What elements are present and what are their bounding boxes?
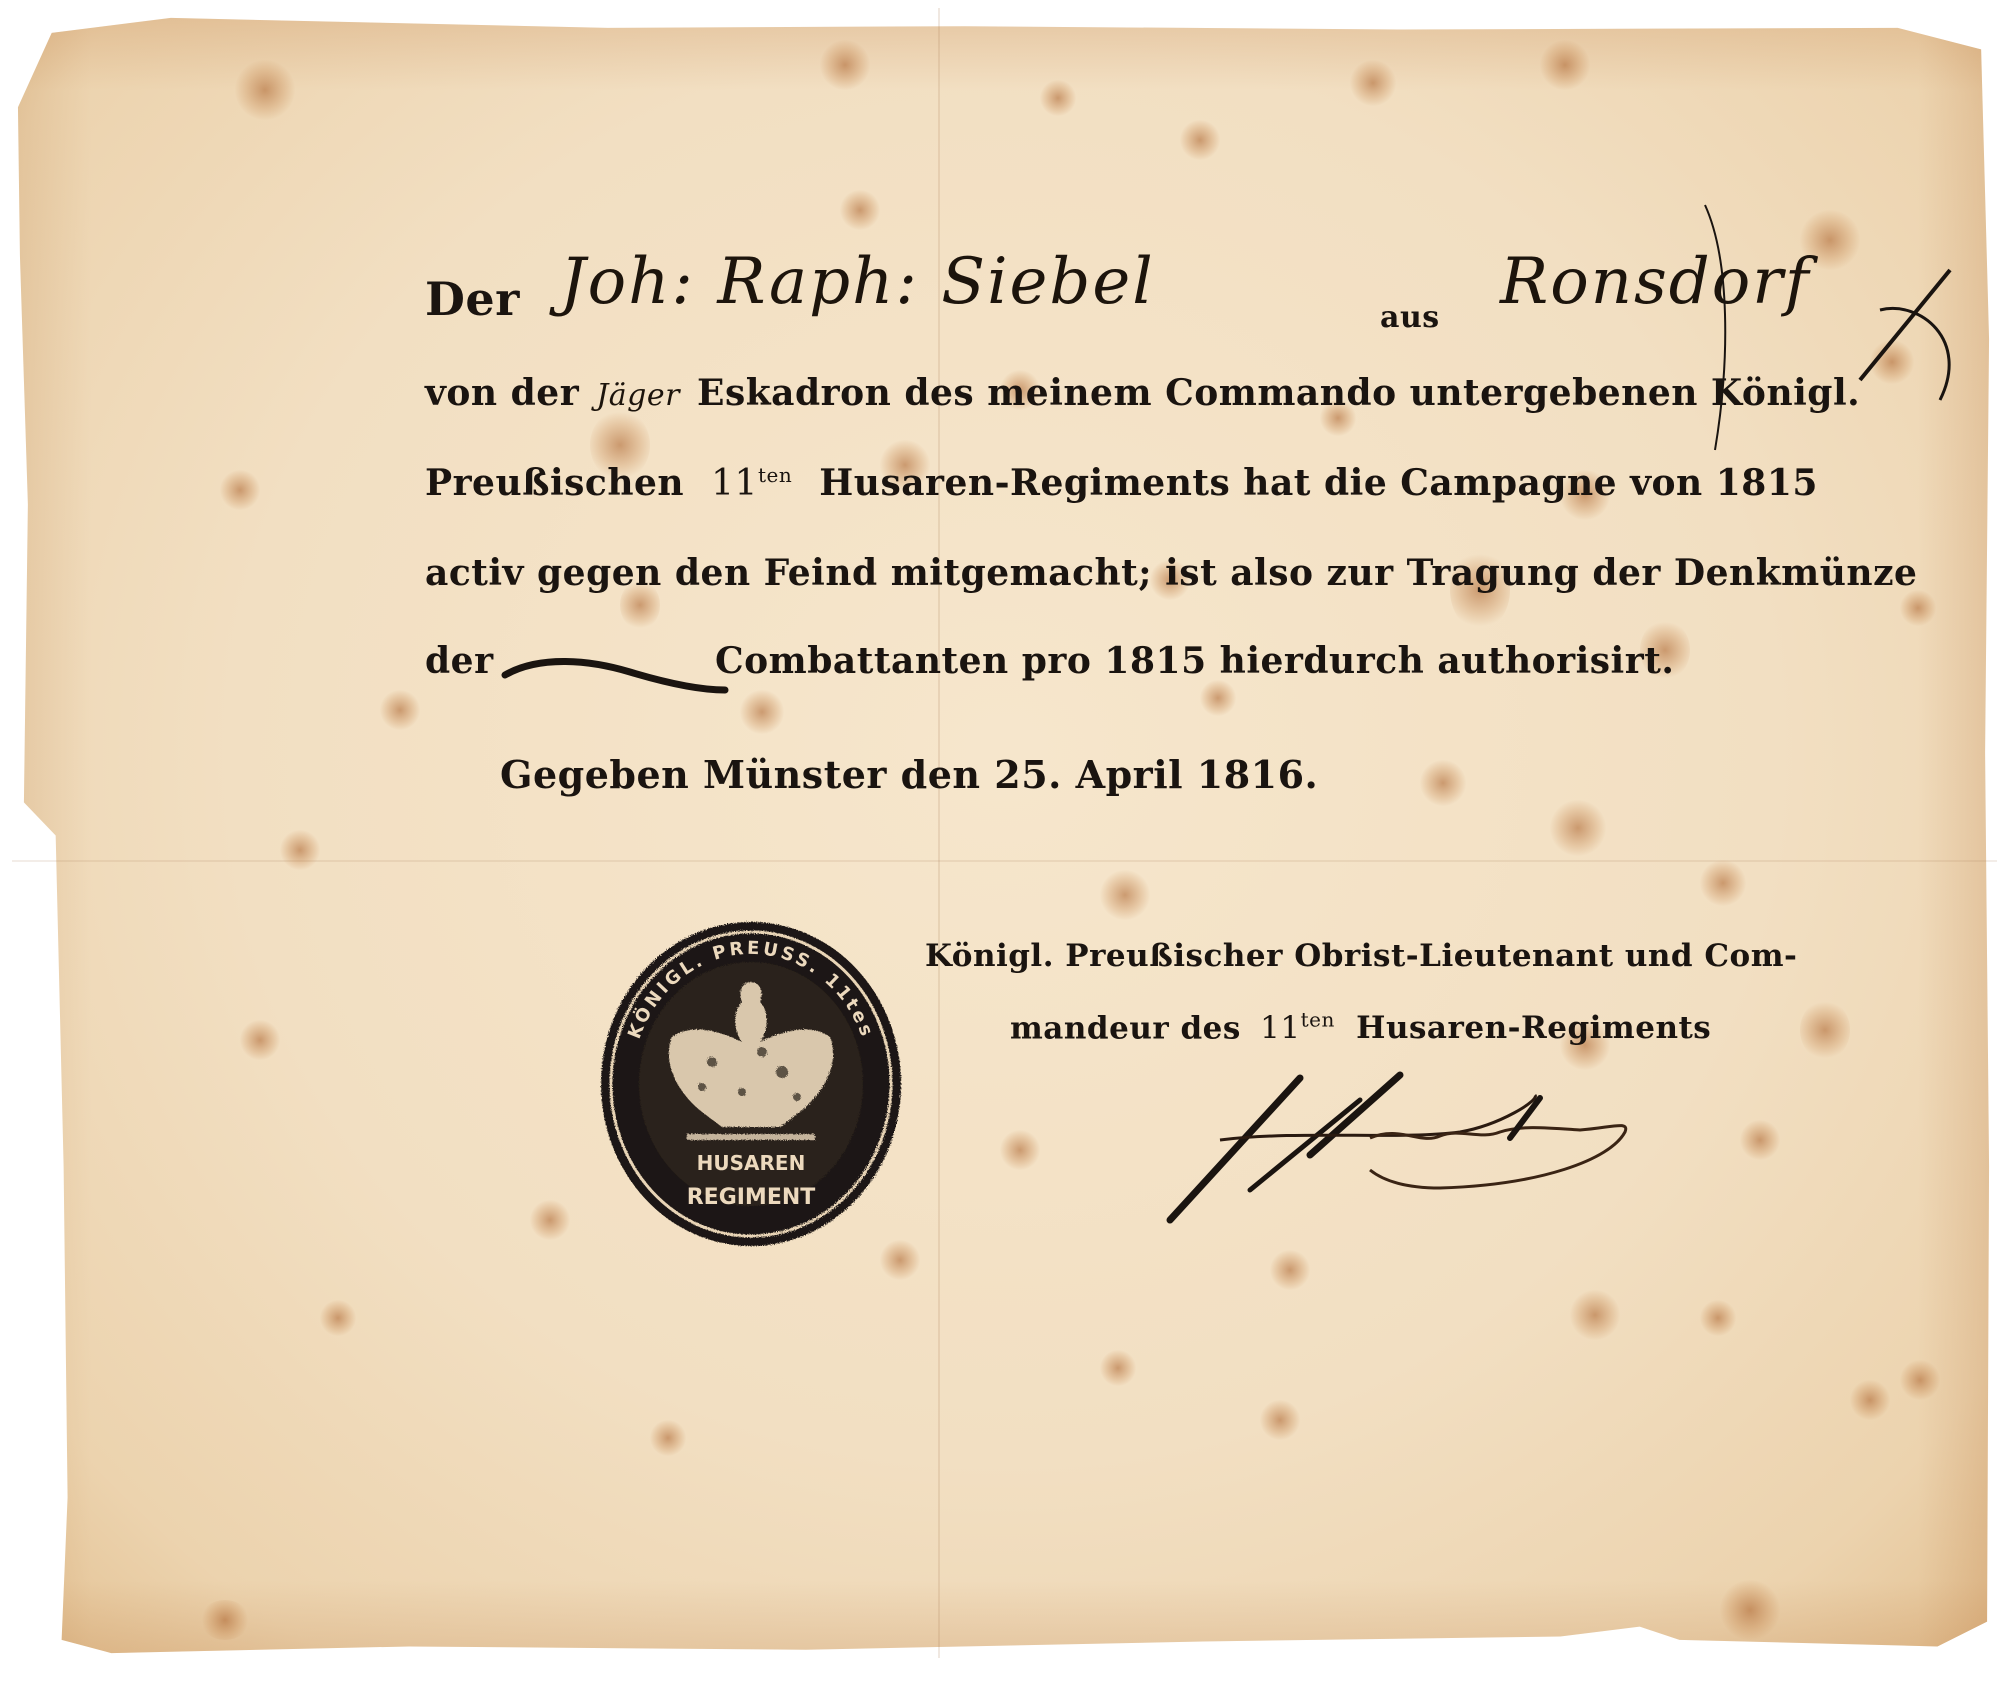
body-line-4: activ gegen den Feind mitgemacht; ist al… (425, 552, 1917, 594)
regiment-number-value: 11 (711, 463, 758, 504)
handwritten-squadron: Jäger (596, 378, 680, 413)
handwritten-place: Ronsdorf (1500, 245, 1811, 319)
seal-legend-regiment: REGIMENT (687, 1185, 816, 1210)
signature-title-line-2-b: Husaren-Regiments (1356, 1010, 1711, 1046)
body-line-3-text-a: Preußischen (425, 462, 684, 504)
regiment-number-suffix: ten (758, 463, 792, 487)
body-line-1-prefix: Der (425, 272, 520, 326)
handwritten-signature: v. Stomberg (1140, 1070, 1660, 1230)
signature-title-line-2-a: mandeur des (1010, 1010, 1241, 1046)
body-line-1-aus: aus (1380, 300, 1440, 335)
signature-title-line-1: Königl. Preußischer Obrist-Lieutenant un… (925, 938, 1797, 974)
signature-title-line-2: mandeur des 11ten Husaren-Regiments (1010, 1008, 1711, 1046)
name-ascender-flourish (1700, 200, 1740, 460)
body-line-3: Preußischen 11ten Husaren-Regiments hat … (425, 462, 1818, 504)
place-swash-flourish (1840, 240, 1980, 410)
body-line-3-text-b: Husaren-Regiments hat die Campagne von 1… (819, 462, 1818, 504)
regimental-seal: HUSAREN REGIMENT KÖNIGL. PREUSS. 11tes (592, 912, 910, 1252)
body-line-5-text: Combattanten pro 1815 hierdurch authoris… (715, 640, 1674, 682)
signature-regiment-number-value: 11 (1260, 1010, 1300, 1046)
body-line-2-prefix: von der (425, 372, 579, 414)
seal-legend-husaren: HUSAREN (697, 1151, 806, 1175)
body-line-2: von der Jäger Eskadron des meinem Comman… (425, 372, 1860, 414)
blank-fill-stroke (500, 650, 730, 700)
signature-regiment-number: 11ten (1260, 1010, 1335, 1046)
body-line-1: Der (425, 272, 520, 326)
date-line: Gegeben Münster den 25. April 1816. (500, 752, 1318, 797)
signature-regiment-number-suffix: ten (1301, 1008, 1335, 1032)
body-line-2-text: Eskadron des meinem Commando untergebene… (697, 372, 1860, 414)
body-line-5-prefix: der (425, 640, 494, 682)
handwritten-name: Joh: Raph: Siebel (560, 245, 1155, 319)
regiment-number: 11ten (711, 463, 792, 504)
